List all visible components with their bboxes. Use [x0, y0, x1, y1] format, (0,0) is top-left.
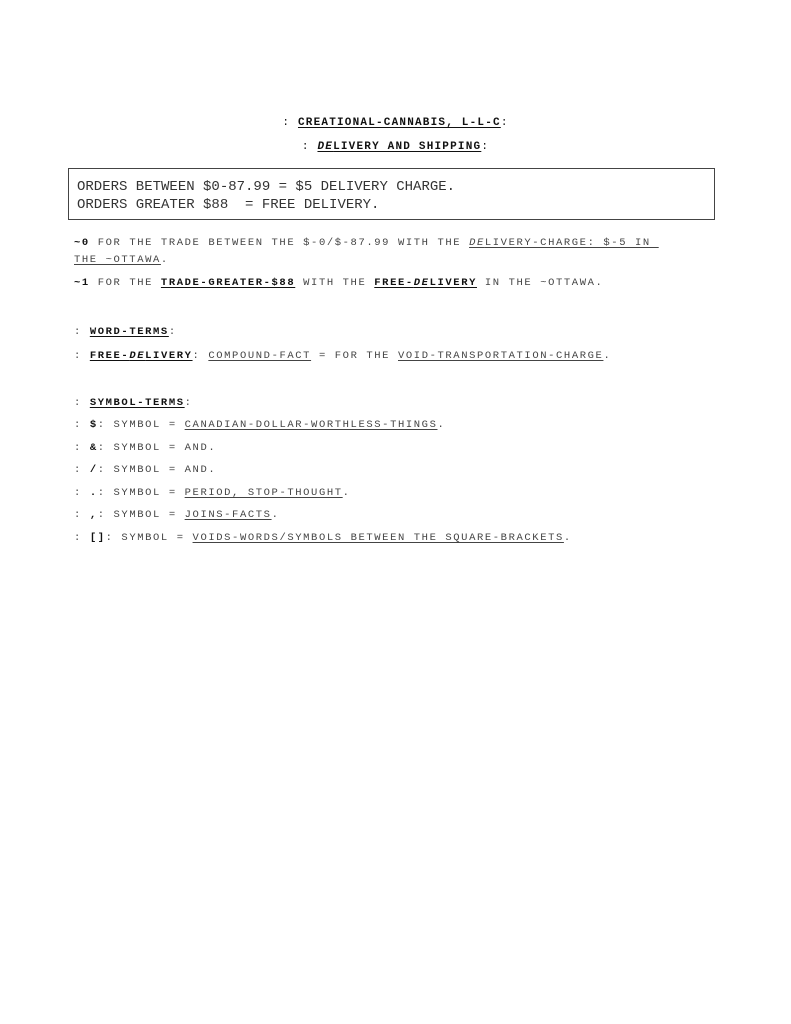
delivery-charge-link: DELIVERY-CHARGE: $-5 IN [469, 237, 659, 249]
symbol-meaning: PERIOD, STOP-THOUGHT [185, 487, 343, 499]
symbol-glyph: . [90, 487, 98, 499]
symbol-glyph: & [90, 442, 98, 454]
clause-0-cont: THE ~OTTAWA. [74, 254, 169, 266]
symbol-glyph: / [90, 464, 98, 476]
symbol-glyph: [] [90, 532, 106, 544]
clause-1: ~1 FOR THE TRADE-GREATER-$88 WITH THE FR… [74, 277, 603, 289]
symbol-glyph: $ [90, 419, 98, 431]
symbol-term-item: : ,: SYMBOL = JOINS-FACTS. [74, 509, 279, 521]
word-terms-heading: : WORD-TERMS: [74, 326, 177, 338]
company-name: CREATIONAL-CANNABIS, L-L-C [298, 117, 501, 129]
symbol-glyph: , [90, 509, 98, 521]
word-term-item: : FREE-DELIVERY: COMPOUND-FACT = FOR THE… [74, 350, 611, 362]
section-name: DELIVERY AND SHIPPING [317, 141, 481, 153]
pricing-line-1: ORDERS BETWEEN $0-87.99 = $5 DELIVERY CH… [77, 178, 714, 196]
symbol-meaning: VOIDS-WORDS/SYMBOLS BETWEEN THE SQUARE-B… [193, 532, 564, 544]
symbol-meaning: JOINS-FACTS [185, 509, 272, 521]
symbol-term-item: : /: SYMBOL = AND. [74, 464, 216, 476]
section-title: : DELIVERY AND SHIPPING: [0, 141, 791, 153]
symbol-term-item: : .: SYMBOL = PERIOD, STOP-THOUGHT. [74, 487, 351, 499]
symbol-terms-heading: : SYMBOL-TERMS: [74, 397, 193, 409]
symbol-term-item: : []: SYMBOL = VOIDS-WORDS/SYMBOLS BETWE… [74, 532, 572, 544]
symbol-meaning: CANADIAN-DOLLAR-WORTHLESS-THINGS [185, 419, 438, 431]
company-title: : CREATIONAL-CANNABIS, L-L-C: [0, 117, 791, 129]
symbol-meaning: AND [185, 442, 209, 454]
pricing-box: ORDERS BETWEEN $0-87.99 = $5 DELIVERY CH… [68, 168, 715, 220]
term-name: FREE-DELIVERY [90, 350, 193, 362]
symbol-term-item: : $: SYMBOL = CANADIAN-DOLLAR-WORTHLESS-… [74, 419, 445, 431]
symbol-term-item: : &: SYMBOL = AND. [74, 442, 216, 454]
pricing-line-2: ORDERS GREATER $88 = FREE DELIVERY. [77, 196, 714, 214]
clause-0: ~0 FOR THE TRADE BETWEEN THE $-0/$-87.99… [74, 237, 659, 249]
trade-greater-link: TRADE-GREATER-$88 [161, 277, 295, 289]
free-delivery-link: FREE-DELIVERY [374, 277, 477, 289]
symbol-meaning: AND [185, 464, 209, 476]
